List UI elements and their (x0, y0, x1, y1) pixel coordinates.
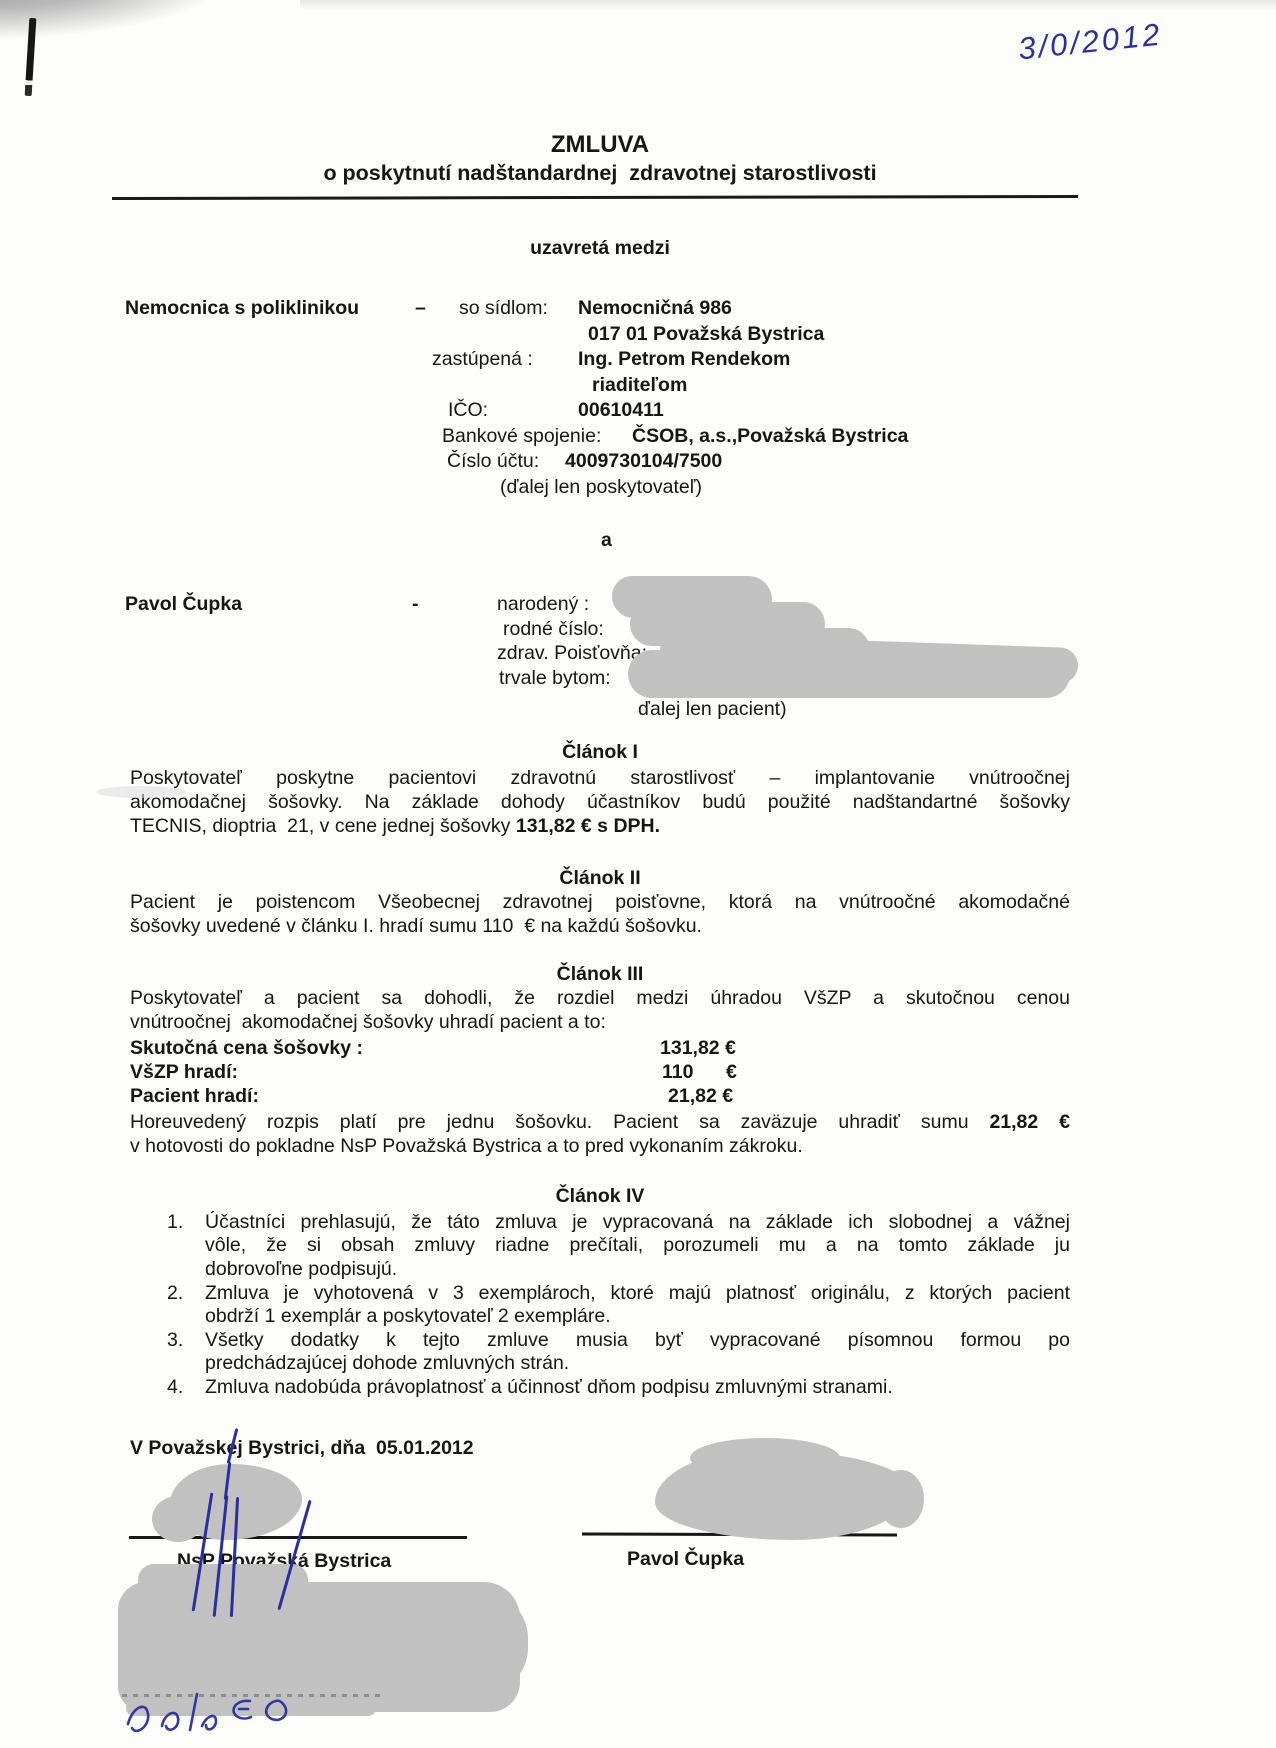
provider-bank-value: ČSOB, a.s.,Považská Bystrica (632, 424, 908, 448)
patient-born-label: narodený : (497, 592, 589, 616)
article3-line: vnútroočnej akomodačnej šošovky uhradí p… (130, 1010, 606, 1034)
provider-bank-label: Bankové spojenie: (442, 424, 601, 448)
article1-price-bold: 131,82 € s DPH. (516, 815, 660, 837)
article1-line3-text: TECNIS, dioptria 21, v cene jednej šošov… (130, 815, 516, 837)
provider-seat-label: so sídlom: (459, 296, 548, 320)
list-item-line: obdrží 1 exemplár a poskytovateľ 2 exemp… (205, 1304, 611, 1328)
title-underline (112, 195, 1078, 200)
handwritten-date: 3/0/2012 (1017, 17, 1165, 68)
article2-line: šošovky uvedené v článku I. hradí sumu 1… (130, 914, 702, 938)
article3-closing-line: Horeuvedený rozpis platí pre jednu šošov… (130, 1110, 1070, 1134)
provider-dash: – (415, 296, 426, 320)
list-item-line: vôle, že si obsah zmluvy riadne prečítal… (205, 1233, 1070, 1257)
patient-name: Pavol Čupka (125, 592, 242, 616)
scan-shadow-top-edge (300, 0, 1276, 10)
list-item-line: Zmluva nadobúda právoplatnosť a účinnosť… (205, 1375, 893, 1399)
patient-alias: ďalej len pacient) (638, 697, 787, 721)
article1-line: TECNIS, dioptria 21, v cene jednej šošov… (130, 814, 660, 838)
document-subtitle: o poskytnutí nadštandardnej zdravotnej s… (130, 161, 1070, 185)
article3-closing-bold: 21,82 € (989, 1111, 1070, 1133)
scanned-contract-page: 3/0/2012 ZMLUVA o poskytnutí nadštandard… (0, 0, 1276, 1748)
price-row-label: VšZP hradí: (130, 1060, 238, 1084)
provider-ico-value: 00610411 (578, 398, 664, 422)
redaction-blob (628, 650, 1070, 698)
list-item-number: 3. (167, 1328, 183, 1352)
redaction-blob (878, 1470, 924, 1528)
provider-ico-label: IČO: (448, 398, 488, 422)
article3-heading: Článok III (130, 962, 1070, 986)
provider-represented-value: Ing. Petrom Rendekom (578, 347, 790, 371)
patient-residence-label: trvale bytom: (499, 666, 611, 690)
provider-account-value: 4009730104/7500 (565, 449, 722, 473)
signature-label-patient: Pavol Čupka (627, 1547, 744, 1571)
provider-name: Nemocnica s poliklinikou (125, 296, 359, 320)
document-title: ZMLUVA (130, 133, 1070, 157)
list-item-line: Všetky dodatky k tejto zmluve musia byť … (205, 1328, 1070, 1352)
provider-seat-line2: 017 01 Považská Bystrica (588, 322, 824, 346)
list-item-number: 4. (167, 1375, 183, 1399)
article3-closing-line: v hotovosti do pokladne NsP Považská Bys… (130, 1134, 803, 1158)
provider-alias: (ďalej len poskytovateľ) (500, 475, 702, 499)
price-row-label: Pacient hradí: (130, 1084, 259, 1108)
provider-represented-title: riaditeľom (592, 373, 687, 397)
closing-place-date: V Považskej Bystrici, dňa 05.01.2012 (130, 1436, 474, 1460)
patient-insurance-label: zdrav. Poisťovňa: (497, 641, 647, 665)
provider-represented-label: zastúpená : (432, 347, 533, 371)
list-item-line: predchádzajúcej dohode zmluvných strán. (205, 1351, 569, 1375)
conjunction-a: a (601, 528, 612, 552)
article1-line: akomodačnej šošovky. Na základe dohody ú… (130, 790, 1070, 814)
redaction-blob (152, 1496, 204, 1542)
redaction-blob (690, 1438, 840, 1478)
price-row-value: 131,82 € (660, 1036, 736, 1060)
scan-smudge (96, 786, 186, 798)
provider-account-label: Číslo účtu: (447, 449, 539, 473)
list-item-number: 1. (167, 1210, 183, 1234)
provider-seat-line1: Nemocničná 986 (578, 296, 732, 320)
article2-line: Pacient je poistencom Všeobecnej zdravot… (130, 890, 1070, 914)
handwritten-scribble (118, 1676, 368, 1748)
price-row-value: 110 € (662, 1060, 737, 1084)
list-item-line: Účastníci prehlasujú, že táto zmluva je … (205, 1210, 1070, 1234)
article4-heading: Článok IV (130, 1184, 1070, 1208)
article2-heading: Článok II (130, 866, 1070, 890)
list-item-line: Zmluva je vyhotovená v 3 exemplároch, kt… (205, 1281, 1070, 1305)
patient-birth-number-label: rodné číslo: (503, 617, 604, 641)
article3-closing-text: Horeuvedený rozpis platí pre jednu šošov… (130, 1111, 969, 1133)
list-item-number: 2. (167, 1281, 183, 1305)
redaction-blob (462, 1600, 528, 1686)
list-item-line: dobrovoľne podpisujú. (205, 1257, 397, 1281)
article3-line: Poskytovateľ a pacient sa dohodli, že ro… (130, 986, 1070, 1010)
article1-line: Poskytovateľ poskytne pacientovi zdravot… (130, 766, 1070, 790)
price-row-label: Skutočná cena šošovky : (130, 1036, 363, 1060)
conclusion-intro: uzavretá medzi (130, 236, 1070, 260)
article1-heading: Článok I (130, 740, 1070, 764)
patient-dash: - (412, 592, 419, 616)
price-row-value: 21,82 € (668, 1084, 733, 1108)
